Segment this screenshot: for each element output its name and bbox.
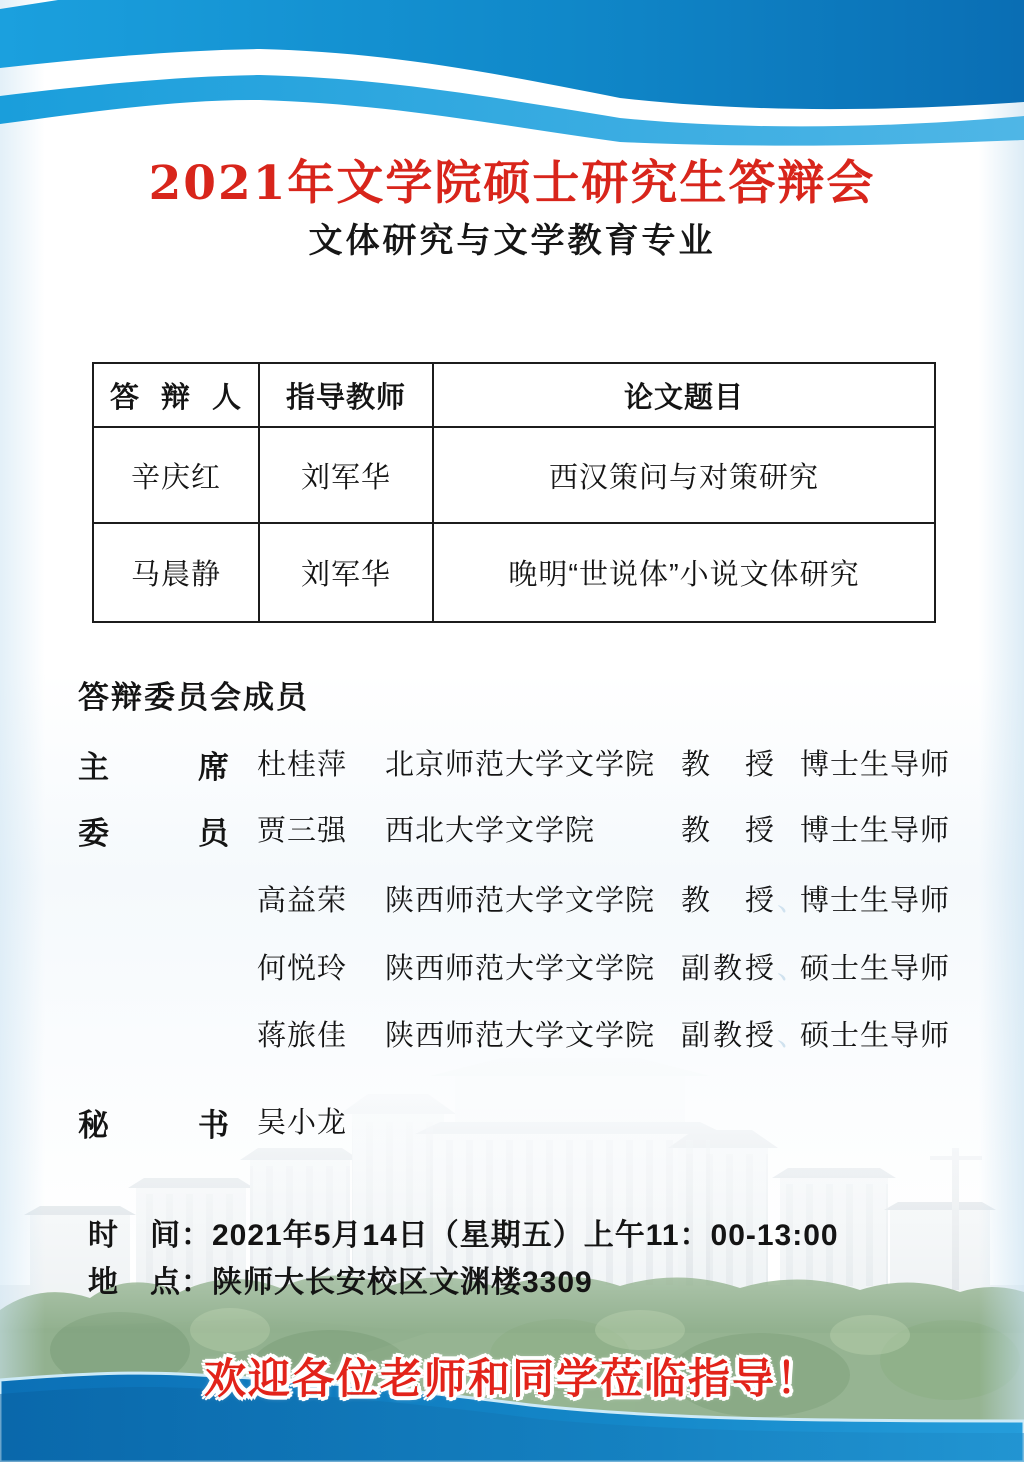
- member-title: 教授: [681, 808, 775, 849]
- member-role: 硕士生导师: [800, 1013, 950, 1054]
- place-value: 陕师大长安校区文渊楼3309: [212, 1266, 593, 1299]
- poster-page: 2021年文学院硕士研究生答辩会 文体研究与文学教育专业 答辩人 指导教师 论文…: [0, 0, 1024, 1462]
- member-name: 何悦玲: [257, 946, 347, 987]
- member-name: 蒋旅佳: [257, 1013, 347, 1054]
- advisor-name: 刘军华: [259, 427, 433, 523]
- poster-subtitle: 文体研究与文学教育专业: [0, 213, 1024, 262]
- member-role: 硕士生导师: [800, 946, 950, 987]
- member-role: 博士生导师: [800, 808, 950, 849]
- poster-title: 2021年文学院硕士研究生答辩会: [0, 146, 1024, 213]
- time-label: 时 间：: [88, 1219, 212, 1252]
- welcome-message: 欢迎各位老师和同学莅临指导！: [0, 1346, 1024, 1406]
- table-header-row: 答辩人 指导教师 论文题目: [93, 363, 935, 427]
- member-title: 教授: [681, 742, 775, 783]
- place-label: 地 点：: [88, 1266, 212, 1299]
- secretary-name: 吴小龙: [257, 1100, 347, 1141]
- member-name: 杜桂萍: [257, 742, 347, 783]
- time-value: 2021年5月14日（星期五）上午11：00-13:00: [212, 1219, 839, 1252]
- committee-row-secretary: 秘书 吴小龙: [0, 1100, 1024, 1142]
- member-name: 高益荣: [257, 878, 347, 919]
- committee-row-chair: 主席 杜桂萍 北京师范大学文学院 教授 博士生导师: [0, 742, 1024, 784]
- member-title: 副教授: [681, 1013, 775, 1054]
- member-affiliation: 陕西师范大学文学院: [385, 946, 655, 987]
- chair-label: 主席: [78, 742, 230, 787]
- thesis-title: 晚明“世说体”小说文体研究: [433, 523, 935, 622]
- members-label: 委员: [78, 808, 230, 853]
- advisor-name: 刘军华: [259, 523, 433, 622]
- committee-heading: 答辩委员会成员: [78, 672, 309, 717]
- member-role: 博士生导师: [800, 878, 950, 919]
- committee-row-member: 高益荣 陕西师范大学文学院 教授 、 博士生导师: [0, 878, 1024, 920]
- table-row: 辛庆红 刘军华 西汉策问与对策研究: [93, 427, 935, 523]
- header-thesis-title: 论文题目: [433, 363, 935, 427]
- member-affiliation: 西北大学文学院: [385, 808, 595, 849]
- committee-row-member: 委员 贾三强 西北大学文学院 教授 博士生导师: [0, 808, 1024, 850]
- top-wave-decoration: [0, 0, 1024, 150]
- secretary-label: 秘书: [78, 1100, 230, 1145]
- time-row: 时 间：2021年5月14日（星期五）上午11：00-13:00: [88, 1210, 839, 1254]
- committee-row-member: 蒋旅佳 陕西师范大学文学院 副教授 、 硕士生导师: [0, 1013, 1024, 1055]
- member-affiliation: 北京师范大学文学院: [385, 742, 655, 783]
- place-row: 地 点：陕师大长安校区文渊楼3309: [88, 1257, 593, 1301]
- header-defender: 答辩人: [93, 363, 259, 427]
- member-role: 博士生导师: [800, 742, 950, 783]
- thesis-title: 西汉策问与对策研究: [433, 427, 935, 523]
- member-title: 副教授: [681, 946, 775, 987]
- defender-name: 辛庆红: [93, 427, 259, 523]
- committee-row-member: 何悦玲 陕西师范大学文学院 副教授 、 硕士生导师: [0, 946, 1024, 988]
- table-row: 马晨静 刘军华 晚明“世说体”小说文体研究: [93, 523, 935, 622]
- defender-name: 马晨静: [93, 523, 259, 622]
- member-name: 贾三强: [257, 808, 347, 849]
- header-advisor: 指导教师: [259, 363, 433, 427]
- member-affiliation: 陕西师范大学文学院: [385, 878, 655, 919]
- defense-schedule-table: 答辩人 指导教师 论文题目 辛庆红 刘军华 西汉策问与对策研究 马晨静 刘军华 …: [92, 362, 936, 623]
- member-title: 教授: [681, 878, 775, 919]
- member-affiliation: 陕西师范大学文学院: [385, 1013, 655, 1054]
